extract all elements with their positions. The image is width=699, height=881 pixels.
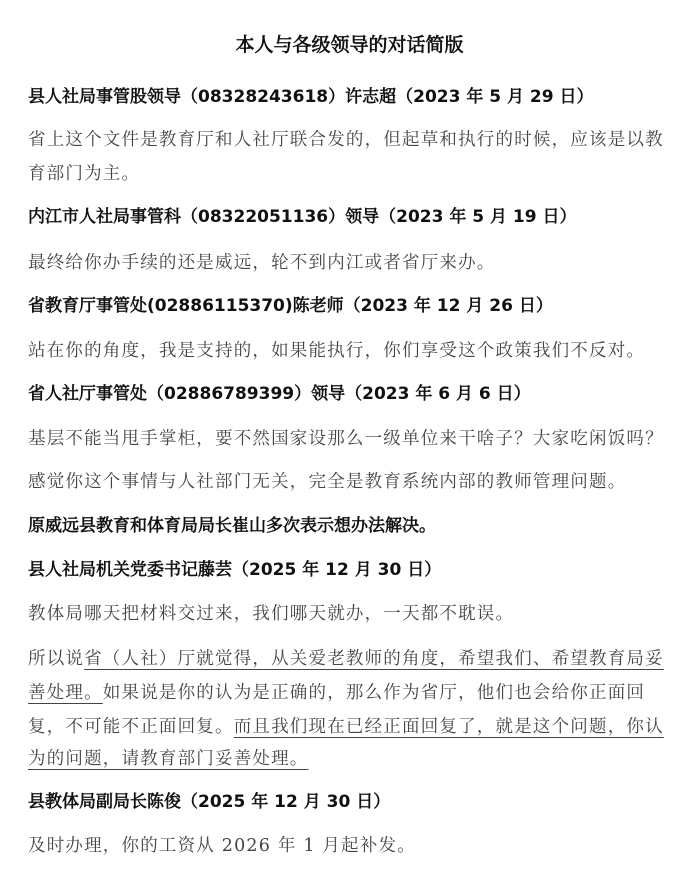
paragraph-line: 感觉你这个事情与人社部门无关，完全是教育系统内部的教师管理问题。	[28, 471, 626, 493]
section-heading: 县教体局副局长陈俊（2025 年 12 月 30 日）	[28, 791, 390, 813]
section-heading: 县人社局机关党委书记藤芸（2025 年 12 月 30 日）	[28, 559, 441, 581]
underlined-text: 为的问题，请教育部门妥善处理。	[28, 749, 309, 769]
paragraph-line: 省上这个文件是教育厅和人社厅联合发的，但起草和执行的时候，应该是以教	[28, 129, 664, 151]
document-title: 本人与各级领导的对话简版	[0, 30, 699, 57]
paragraph-line: 育部门为主。	[28, 163, 140, 185]
paragraph-line: 复，不可能不正面回复。而且我们现在已经正面回复了，就是这个问题，你认	[28, 716, 664, 738]
paragraph-line: 基层不能当甩手掌柜，要不然国家设那么一级单位来干啥子？大家吃闲饭吗？	[28, 428, 664, 450]
section-heading: 省人社厅事管处（02886789399）领导（2023 年 6 月 6 日）	[28, 383, 531, 405]
paragraph-line: 最终给你办手续的还是威远，轮不到内江或者省厅来办。	[28, 252, 496, 274]
section-heading: 原威远县教育和体育局局长崔山多次表示想办法解决。	[28, 515, 436, 537]
underlined-text: 而且我们现在已经正面回复了，就是这个问题，你认	[234, 717, 664, 737]
paragraph-line: 教体局哪天把材料交过来，我们哪天就办，一天都不耽误。	[28, 603, 514, 625]
plain-text: 如果说是你的认为是正确的，那么作为省厅，他们也会给你正面回	[103, 683, 645, 703]
section-heading: 内江市人社局事管科（08322051136）领导（2023 年 5 月 19 日…	[28, 206, 577, 228]
underlined-text: 善处理。	[28, 683, 103, 703]
section-heading: 省教育厅事管处(02886115370)陈老师（2023 年 12 月 26 日…	[28, 295, 553, 317]
paragraph-line: 为的问题，请教育部门妥善处理。	[28, 748, 309, 770]
plain-text: 复，不可能不正面回复。	[28, 717, 234, 737]
paragraph-line: 站在你的角度，我是支持的，如果能执行，你们享受这个政策我们不反对。	[28, 340, 645, 362]
paragraph-line: 及时办理，你的工资从 2026 年 1 月起补发。	[28, 835, 416, 857]
paragraph-line: 所以说省（人社）厅就觉得，从关爱老教师的角度，希望我们、希望教育局妥	[28, 648, 664, 670]
underlined-text: 省（人社）厅就觉得，从关爱老教师的角度，希望我们、希望教育局妥	[84, 649, 664, 669]
plain-text: 所以说	[28, 649, 84, 669]
document-page: 本人与各级领导的对话简版 县人社局事管股领导（08328243618）许志超（2…	[0, 0, 699, 881]
paragraph-line: 善处理。如果说是你的认为是正确的，那么作为省厅，他们也会给你正面回	[28, 682, 645, 704]
section-heading: 县人社局事管股领导（08328243618）许志超（2023 年 5 月 29 …	[28, 86, 594, 108]
